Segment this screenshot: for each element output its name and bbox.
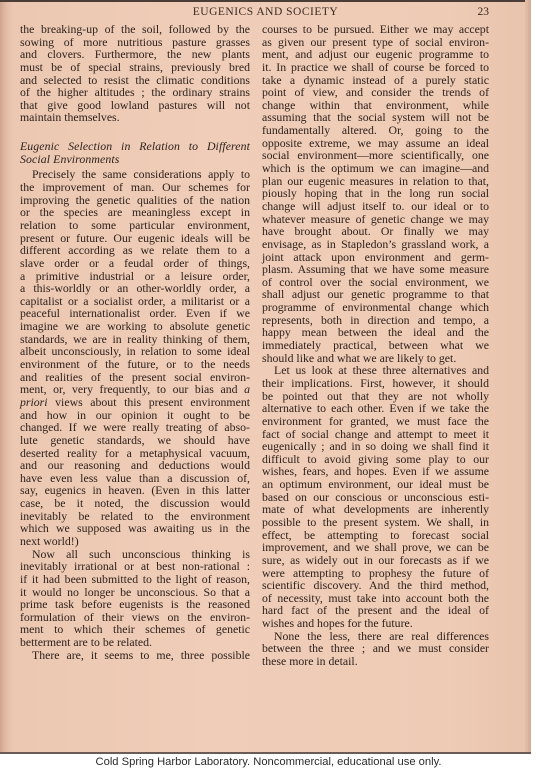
attribution-caption: Cold Spring Harbor Laboratory. Noncommer… bbox=[0, 756, 537, 768]
text-line: it. In practice we shall of course be fo… bbox=[262, 61, 489, 74]
paragraph: Let us look at these three alternatives … bbox=[262, 364, 489, 629]
book-page: EUGENICS AND SOCIETY 23 the breaking-up … bbox=[0, 0, 531, 754]
text-line: programme of environmental change which bbox=[262, 301, 489, 314]
text-line: plasm. Assuming that we have some measur… bbox=[262, 263, 489, 276]
text-line: environment of the future, or to the nee… bbox=[20, 358, 250, 371]
text-line: envisage, as in Stapledon’s grassland wo… bbox=[262, 238, 489, 251]
text-line: next world!) bbox=[20, 535, 250, 548]
text-line: fundamentally altered. Or, going to the bbox=[262, 124, 489, 137]
text-line: scientific discovery. And the third meth… bbox=[262, 579, 489, 592]
text-line: slave order or a feudal order of things, bbox=[20, 257, 250, 270]
paragraph: There are, it seems to me, three possibl… bbox=[20, 649, 250, 662]
paragraph: None the less, there are real difference… bbox=[262, 630, 489, 668]
page-number: 23 bbox=[478, 6, 490, 18]
text-line: a this-worldly or an other-worldly order… bbox=[20, 282, 250, 295]
text-line: possible to the present system. We shall… bbox=[262, 516, 489, 529]
text-line: an optimum environment, our ideal must b… bbox=[262, 478, 489, 491]
text-line: these more in detail. bbox=[262, 655, 489, 668]
text-line: change will adjust itself to. our ideal … bbox=[262, 200, 489, 213]
text-line: priori views about this present environm… bbox=[20, 396, 250, 409]
text-line: the breaking-up of the soil, followed by… bbox=[20, 23, 250, 36]
text-line: have brought about. Or finally we may bbox=[262, 225, 489, 238]
text-line: improvement, and we shall prove, we can … bbox=[262, 541, 489, 554]
text-line: point of view, and consider the trends o… bbox=[262, 86, 489, 99]
italic-text: priori bbox=[20, 395, 48, 409]
right-column: courses to be pursued. Either we may acc… bbox=[262, 23, 489, 668]
line-text: views about this present environment bbox=[55, 395, 250, 409]
text-line: alternative to each other. Even if we ta… bbox=[262, 402, 489, 415]
text-line: of the higher altitudes ; the ordinary s… bbox=[20, 86, 250, 99]
paragraph: Precisely the same considerations apply … bbox=[20, 168, 250, 547]
text-line: relation to some particular environment, bbox=[20, 219, 250, 232]
paragraph: Now all such unconscious thinking is ine… bbox=[20, 548, 250, 649]
text-line: which is the optimum we can imagine—and bbox=[262, 162, 489, 175]
spacer bbox=[20, 124, 250, 136]
text-line: prime task before eugenists is the reaso… bbox=[20, 598, 250, 611]
text-line: their implications. First, however, it s… bbox=[262, 377, 489, 390]
text-line: lute genetic standards, we should have bbox=[20, 434, 250, 447]
paragraph: the breaking-up of the soil, followed by… bbox=[20, 23, 250, 124]
text-line: and our reasoning and deductions would bbox=[20, 459, 250, 472]
text-line: different according as we relate them to… bbox=[20, 244, 250, 257]
text-line: imagine we are working to absolute genet… bbox=[20, 320, 250, 333]
text-line: wishes and hopes for the future. bbox=[262, 617, 489, 630]
heading-line: Social Environments bbox=[20, 153, 250, 166]
text-line: betterment are to be related. bbox=[20, 636, 250, 649]
text-line: the improvement of man. Our schemes for bbox=[20, 181, 250, 194]
text-line: maintain themselves. bbox=[20, 111, 250, 124]
text-line: must be of special strains, previously b… bbox=[20, 61, 250, 74]
text-line: courses to be pursued. Either we may acc… bbox=[262, 23, 489, 36]
section-heading: Eugenic Selection in Relation to Differe… bbox=[20, 140, 250, 165]
text-line: There are, it seems to me, three possibl… bbox=[20, 649, 250, 662]
paragraph: courses to be pursued. Either we may acc… bbox=[262, 23, 489, 364]
text-line: environment for granted, we must face th… bbox=[262, 415, 489, 428]
text-line: if it had been submitted to the light of… bbox=[20, 573, 250, 586]
text-line: case, be it noted, the discussion would bbox=[20, 497, 250, 510]
text-line: sure, as widely out in our forecasts as … bbox=[262, 554, 489, 567]
text-line: inevitably irrational or at best non-rat… bbox=[20, 560, 250, 573]
running-head: EUGENICS AND SOCIETY bbox=[0, 6, 531, 18]
text-line: eugenically ; and in so doing we shall f… bbox=[262, 440, 489, 453]
text-line: changed. If we were really treating of a… bbox=[20, 421, 250, 434]
text-line: immediately practical, between what we bbox=[262, 339, 489, 352]
left-column: the breaking-up of the soil, followed by… bbox=[20, 23, 250, 661]
heading-line: Eugenic Selection in Relation to Differe… bbox=[20, 140, 250, 153]
